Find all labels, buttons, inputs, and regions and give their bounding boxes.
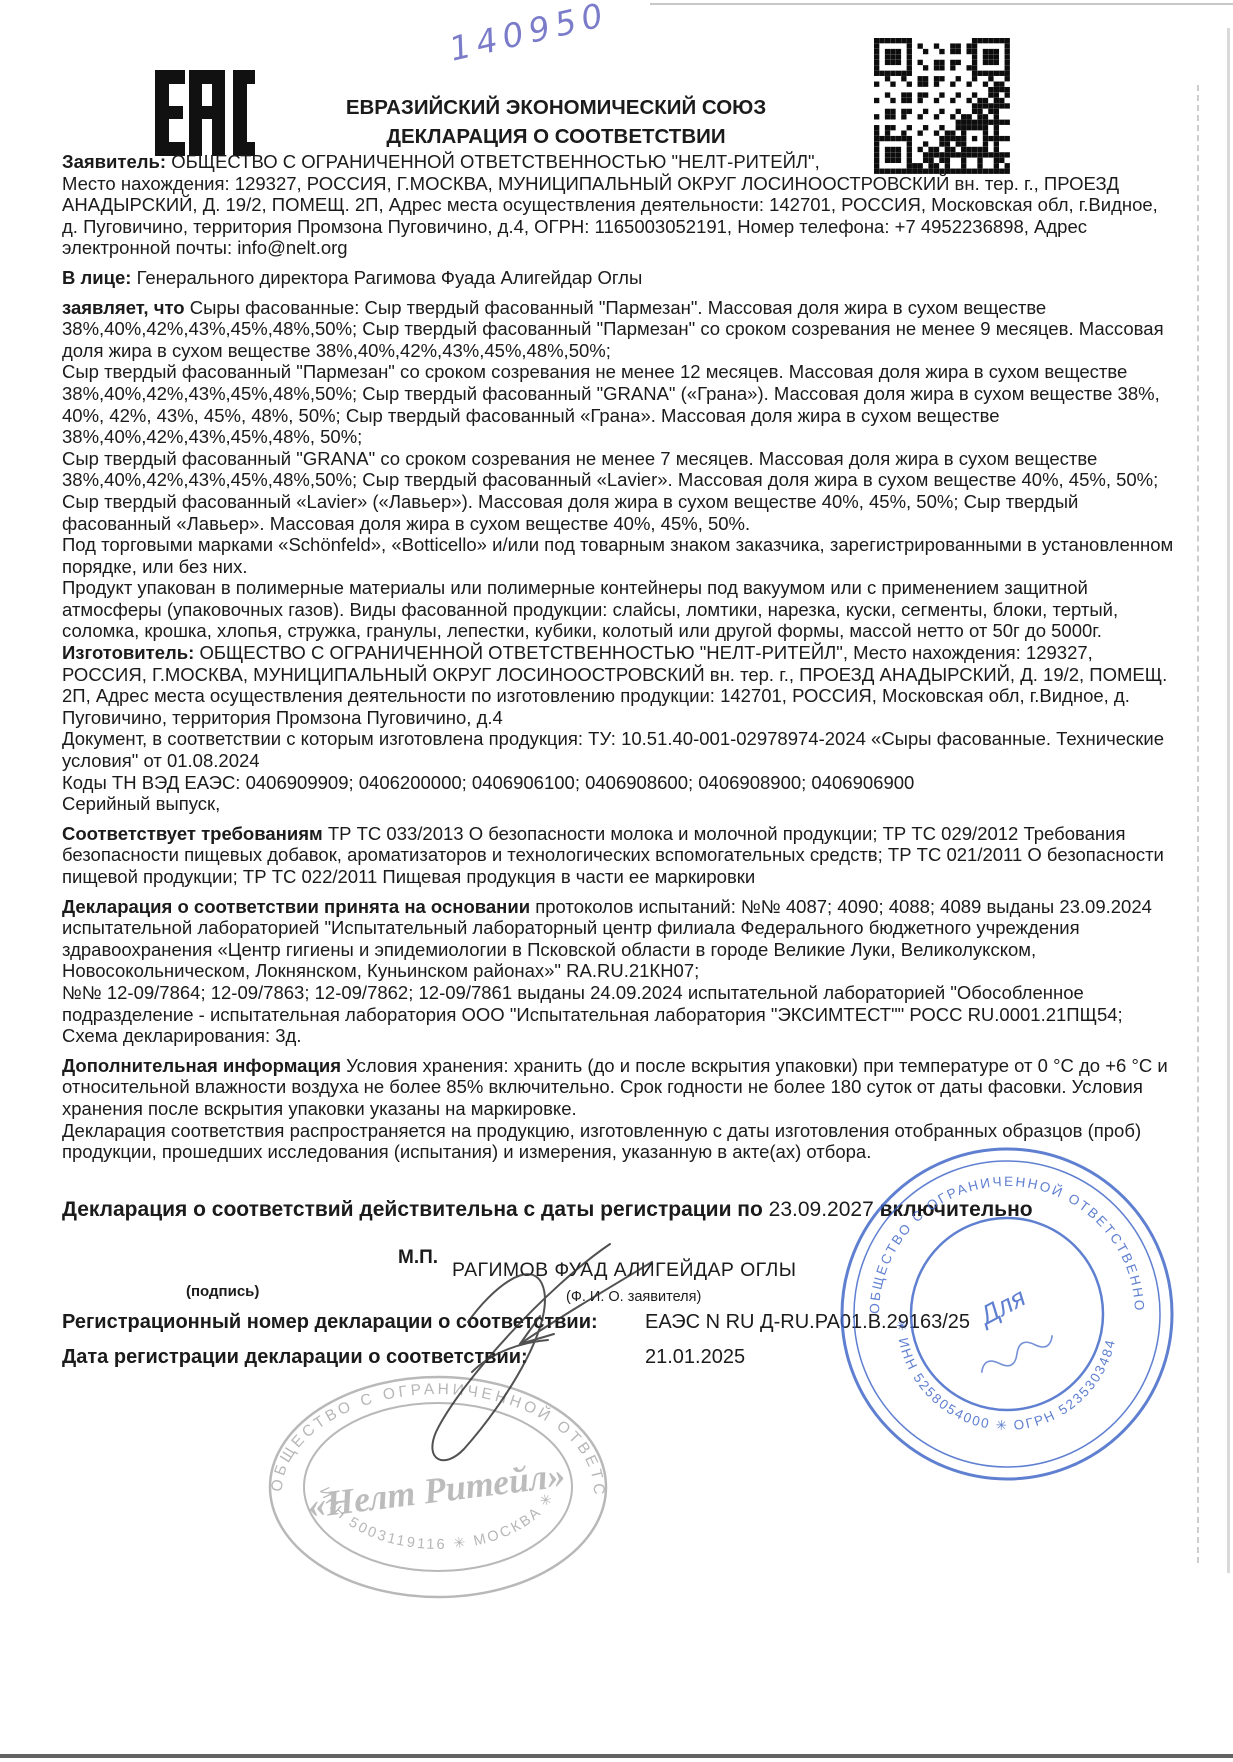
bold-text-segment: Изготовитель: [62, 642, 199, 663]
text-segment: ОБЩЕСТВО С ОГРАНИЧЕННОЙ ОТВЕТСТВЕННОСТЬЮ… [171, 151, 820, 172]
paragraph: В лице: Генерального директора Рагимова … [62, 267, 1174, 289]
bold-text-segment: Декларация о соответствий действительна … [62, 1198, 769, 1221]
paragraph: Серийный выпуск, [62, 793, 1174, 815]
scan-artifact-right-edge [1227, 28, 1230, 1573]
paragraph: Коды ТН ВЭД ЕАЭС: 0406909909; 0406200000… [62, 772, 1174, 794]
text-segment: Сыр твердый фасованный "GRANA" со сроком… [62, 448, 1158, 534]
paragraph: Документ, в соответствии с которым изгот… [62, 728, 1174, 771]
blue-stamp-script-squiggle [978, 1329, 1055, 1379]
declaration-document: 140950 ЕВРАЗИЙСКИЙ ЭКОНОМИЧЕСКИЙ СОЮЗ ДЕ… [0, 0, 1233, 1762]
bold-text-segment: Дополнительная информация [62, 1055, 346, 1076]
paragraph: Изготовитель: ОБЩЕСТВО С ОГРАНИЧЕННОЙ ОТ… [62, 642, 1174, 728]
text-segment: ОБЩЕСТВО С ОГРАНИЧЕННОЙ ОТВЕТСТВЕННОСТЬЮ… [62, 642, 1167, 728]
bold-text-segment: заявляет, что [62, 297, 190, 318]
paragraph: Соответствует требованиям ТР ТС 033/2013… [62, 823, 1174, 888]
handwritten-number: 140950 [446, 0, 613, 69]
text-segment: Под торговыми марками «Schönfeld», «Bott… [62, 534, 1173, 577]
text-segment: Место нахождения: 129327, РОССИЯ, Г.МОСК… [62, 173, 1158, 259]
text-segment: Сыр твердый фасованный "Пармезан" со сро… [62, 361, 1160, 447]
document-header: ЕВРАЗИЙСКИЙ ЭКОНОМИЧЕСКИЙ СОЮЗ ДЕКЛАРАЦИ… [0, 93, 1112, 151]
text-segment: Коды ТН ВЭД ЕАЭС: 0406909909; 0406200000… [62, 772, 914, 793]
svg-text:✳ ИНН 5258054000 ✳ ОГРН 523530: ✳ ИНН 5258054000 ✳ ОГРН 5235303484 [894, 1319, 1118, 1433]
blue-stamp-center-text: Для [972, 1282, 1030, 1332]
company-stamp-blue: ОБЩЕСТВО С ОГРАНИЧЕННОЙ ОТВЕТСТВЕННОСТЬЮ… [832, 1142, 1182, 1487]
union-title: ЕВРАЗИЙСКИЙ ЭКОНОМИЧЕСКИЙ СОЮЗ [0, 93, 1112, 122]
paragraph: Заявитель: ОБЩЕСТВО С ОГРАНИЧЕННОЙ ОТВЕТ… [62, 151, 1174, 173]
text-segment: Генерального директора Рагимова Фуада Ал… [137, 267, 643, 288]
scan-artifact-top-line [650, 3, 1233, 5]
bold-text-segment: Декларация о соответствии принята на осн… [62, 896, 535, 917]
paragraph: Место нахождения: 129327, РОССИЯ, Г.МОСК… [62, 173, 1174, 259]
blue-stamp-ring-bottom: ✳ ИНН 5258054000 ✳ ОГРН 5235303484 [894, 1319, 1118, 1433]
paragraph: Сыр твердый фасованный "Пармезан" со сро… [62, 361, 1174, 447]
paragraph: Дополнительная информация Условия хранен… [62, 1055, 1174, 1120]
document-body: Заявитель: ОБЩЕСТВО С ОГРАНИЧЕННОЙ ОТВЕТ… [62, 151, 1174, 1163]
document-title: ДЕКЛАРАЦИЯ О СООТВЕТСТВИИ [0, 122, 1112, 151]
text-segment: Серийный выпуск, [62, 793, 220, 814]
handwritten-signature [352, 1222, 682, 1482]
paragraph: Декларация о соответствии принята на осн… [62, 896, 1174, 982]
bold-text-segment: В лице: [62, 267, 137, 288]
bold-text-segment: Соответствует требованиям [62, 823, 328, 844]
text-segment: Документ, в соответствии с которым изгот… [62, 728, 1164, 771]
bold-text-segment: Заявитель: [62, 151, 171, 172]
paragraph: №№ 12-09/7864; 12-09/7863; 12-09/7862; 1… [62, 982, 1174, 1047]
scan-artifact-bottom-line [0, 1754, 1233, 1758]
signature-caption: (подпись) [186, 1283, 259, 1300]
text-segment: №№ 12-09/7864; 12-09/7863; 12-09/7862; 1… [62, 982, 1123, 1046]
scan-artifact-vertical-line [1197, 85, 1199, 1563]
paragraph: заявляет, что Сыры фасованные: Сыр тверд… [62, 297, 1174, 362]
paragraph: Под торговыми марками «Schönfeld», «Bott… [62, 534, 1174, 577]
paragraph: Продукт упакован в полимерные материалы … [62, 577, 1174, 642]
text-segment: Сыры фасованные: Сыр твердый фасованный … [62, 297, 1164, 361]
paragraph: Сыр твердый фасованный "GRANA" со сроком… [62, 448, 1174, 534]
text-segment: Продукт упакован в полимерные материалы … [62, 577, 1118, 641]
